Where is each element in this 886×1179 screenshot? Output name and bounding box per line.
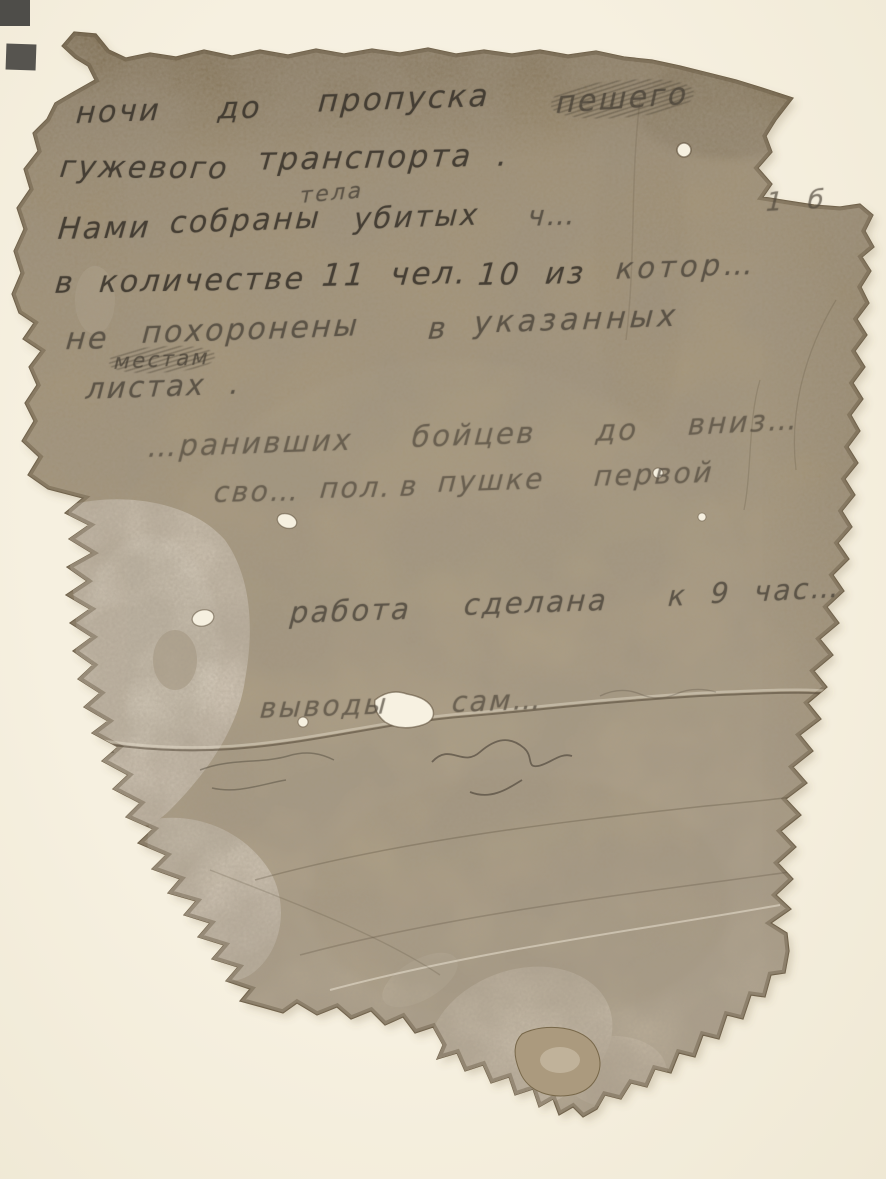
paper-fragment-graphic (0, 0, 886, 1179)
hole-1 (677, 143, 691, 157)
hole-7 (698, 513, 706, 521)
scanner-mark-top (0, 0, 30, 26)
hole-5 (298, 717, 308, 727)
detached-fragment-pale (540, 1047, 580, 1073)
scanner-mark-bottom (6, 43, 37, 70)
scanned-document-page: ночи до пропуска пешего гужевого транспо… (0, 0, 886, 1179)
hole-6 (653, 468, 663, 478)
